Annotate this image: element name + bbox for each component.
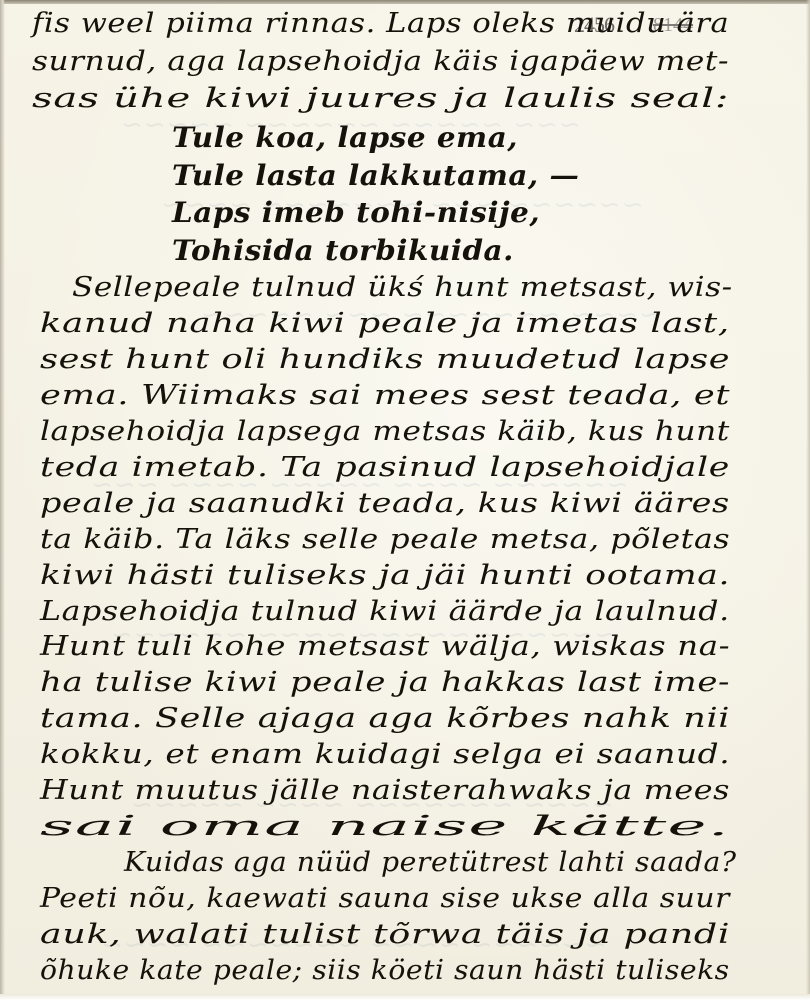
page-right-edge xyxy=(806,0,810,1000)
text-line: fis weel piima rinnas. Laps oleks muidu … xyxy=(32,8,729,39)
text-line: peale ja saanudki teada, kus kiwi ääres xyxy=(40,488,730,519)
text-line: ta käib. Ta läks selle peale metsa, põle… xyxy=(40,524,730,555)
text-line: kiwi hästi tuliseks ja jäi hunti ootama. xyxy=(40,560,730,591)
text-line: Lapsehoidja tulnud kiwi äärde ja laulnud… xyxy=(40,596,730,627)
text-line: tama. Selle ajaga aga kõrbes nahk nii xyxy=(40,703,730,734)
page-top-edge xyxy=(0,0,810,4)
text-line: kokku, et enam kuidagi selga ei saanud. xyxy=(40,739,730,770)
verse-line: Tule lasta lakkutama, — xyxy=(172,159,579,192)
text-line: lapsehoidja lapsega metsas käib, kus hun… xyxy=(40,416,730,447)
text-line: sest hunt oli hundiks muudetud lapse xyxy=(40,344,730,375)
manuscript-page: ~~~ ~~~~~ ~~~~~~ ~~~~~ ~~~~~~ ~~~ ~~~~~~… xyxy=(0,0,810,1000)
text-line: sas ühe kiwi juures ja laulis seal: xyxy=(32,83,729,114)
page-left-edge xyxy=(0,0,5,1000)
text-line: teda imetab. Ta pasinud lapsehoidjale xyxy=(40,452,730,483)
text-line: ha tulise kiwi peale ja hakkas last ime- xyxy=(40,667,730,698)
text-line: sai oma naise kätte. xyxy=(40,811,730,842)
page-bottom-edge xyxy=(0,994,810,1000)
text-line: õhuke kate peale; siis köeti saun hästi … xyxy=(40,955,730,986)
text-line: Hunt tuli kohe metsast wälja, wiskas na- xyxy=(40,631,730,662)
text-line: Peeti nõu, kaewati sauna sise ukse alla … xyxy=(40,883,730,914)
verse-line: Tule koa, lapse ema, xyxy=(172,121,518,154)
text-line: ema. Wiimaks sai mees sest teada, et xyxy=(40,380,730,411)
text-line: auk, walati tulist tõrwa täis ja pandi xyxy=(40,919,730,950)
text-line: kanud naha kiwi peale ja imetas last, xyxy=(40,308,730,339)
text-line: Sellepeale tulnud ükś hunt metsast, wis- xyxy=(72,272,733,303)
verse-line: Laps imeb tohi-nisije, xyxy=(172,196,540,229)
text-line: surnud, aga lapsehoidja käis igapäew met… xyxy=(32,46,729,77)
text-line: Hunt muutus jälle naisterahwaks ja mees xyxy=(40,775,730,806)
text-line: Kuidas aga nüüd peretütrest lahti saada? xyxy=(124,847,737,878)
verse-line: Tohisida torbikuida. xyxy=(172,234,514,267)
